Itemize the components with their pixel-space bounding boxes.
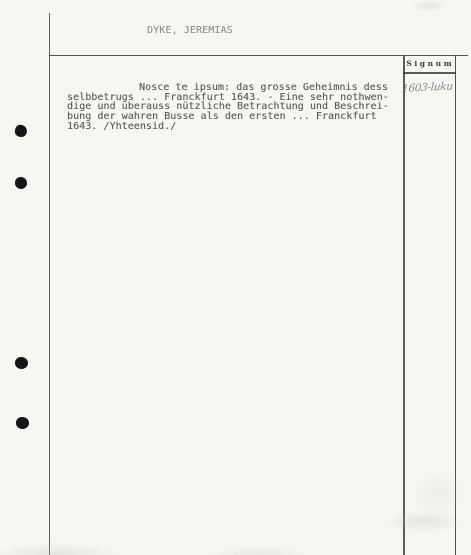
signum-column-right-rule (455, 55, 457, 555)
punch-hole (16, 417, 29, 429)
signum-handwritten-value: 1603-luku (401, 80, 460, 95)
catalog-entry: Nosce te ipsum: das grosse Geheimnis des… (67, 83, 397, 132)
card-left-rule (49, 13, 51, 555)
catalog-entry-line: 1643. /Yhteensid./ (67, 122, 397, 132)
signum-header-divider (403, 72, 456, 73)
punch-hole (15, 177, 27, 189)
author-heading: DYKE, JEREMIAS (147, 25, 233, 37)
card-top-rule (49, 55, 468, 57)
signum-column-header: Signum (403, 59, 455, 68)
punch-hole (14, 124, 29, 139)
punch-hole (15, 357, 28, 369)
catalog-card-scan: DYKE, JEREMIAS Signum 1603-luku Nosce te… (0, 0, 471, 555)
signum-column-left-rule (403, 55, 405, 555)
